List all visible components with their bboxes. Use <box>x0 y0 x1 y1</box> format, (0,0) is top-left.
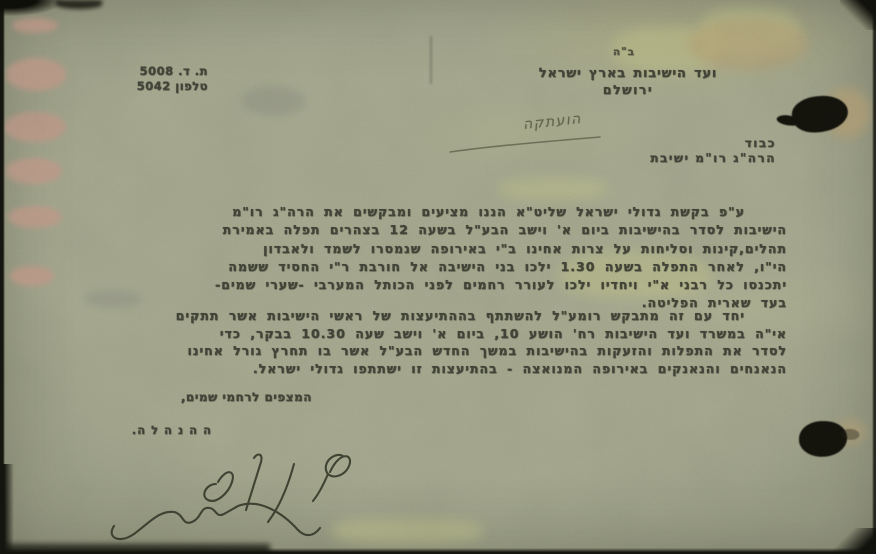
body-line: יחד עם זה מתבקש רומע"ל להשתתף בההתיעצות … <box>95 307 787 325</box>
body-line: תהלים,קינות וסליחות על צרות אחינו ב"י בא… <box>95 240 787 258</box>
bsd-mark: ב"ה <box>600 46 648 58</box>
letterhead-contact: ת. ד. 5008 טלפון 5042 <box>124 64 208 93</box>
recipient-honorific: כבוד <box>556 136 776 151</box>
ink-blob <box>798 419 848 458</box>
pink-stain <box>6 158 62 184</box>
pink-stain <box>6 58 66 91</box>
paper-gray-smudge <box>242 86 306 116</box>
scan-corner-smudge <box>0 0 64 16</box>
body-paragraph-2: יחד עם זה מתבקש רומע"ל להשתתף בההתיעצות … <box>95 307 787 378</box>
scan-corner-smudge <box>840 0 876 30</box>
body-line: הנאנחים והנאנקים באירופה המנואצה - בהתיע… <box>95 360 787 378</box>
letterhead: ועד הישיבות בארץ ישראל ירושלם <box>530 66 726 97</box>
body-line: אי"ה במשרד ועד הישיבות רח' הושע 10, ביום… <box>95 325 787 343</box>
pink-stain <box>8 206 62 228</box>
body-line: יתכנסו כל רבני א"י ויחדיו ילכו לעורר רחמ… <box>95 276 787 294</box>
pink-stain <box>10 266 54 286</box>
body-line: הי"ו, לאחר התפלה בשעה 1.30 ילכו בני הישי… <box>95 258 787 276</box>
recipient-block: כבוד הרה"ג רו"מ ישיבת <box>556 136 776 166</box>
phone-number: טלפון 5042 <box>124 79 208 94</box>
body-line: הישיבות לסדר בהישיבות ביום א' וישב הבע"ל… <box>95 221 787 239</box>
body-line: לסדר את התפלות והזעקות בהישיבות במשך החד… <box>95 342 787 360</box>
pink-stain <box>4 112 66 142</box>
org-name: ועד הישיבות בארץ ישראל <box>530 66 726 81</box>
pink-stain <box>12 18 58 33</box>
closing-signatory: ה ה נ ה ל ה. <box>110 423 212 437</box>
scan-edge-smudge <box>56 0 102 9</box>
paper-crease <box>430 36 432 84</box>
body-line: ע"פ בקשת גדולי ישראל שליט"א הננו מציעים … <box>95 203 787 221</box>
scan-corner-smudge <box>0 464 14 554</box>
tan-stain <box>688 18 808 70</box>
handwritten-signature <box>58 438 358 542</box>
po-box: ת. ד. 5008 <box>124 64 208 79</box>
paper-light-patch <box>498 178 608 200</box>
scanned-letter-page: ב"ה ועד הישיבות בארץ ישראל ירושלם ת. ד. … <box>0 0 876 554</box>
closing-salutation: המצפים לרחמי שמים, <box>128 390 312 404</box>
scan-edge-right <box>872 0 876 554</box>
recipient-title: הרה"ג רו"מ ישיבת <box>556 151 776 166</box>
body-paragraph-1: ע"פ בקשת גדולי ישראל שליט"א הננו מציעים … <box>95 203 787 313</box>
scan-edge-smudge <box>0 544 270 554</box>
org-city: ירושלם <box>530 82 726 97</box>
scan-corner-smudge <box>828 528 876 554</box>
